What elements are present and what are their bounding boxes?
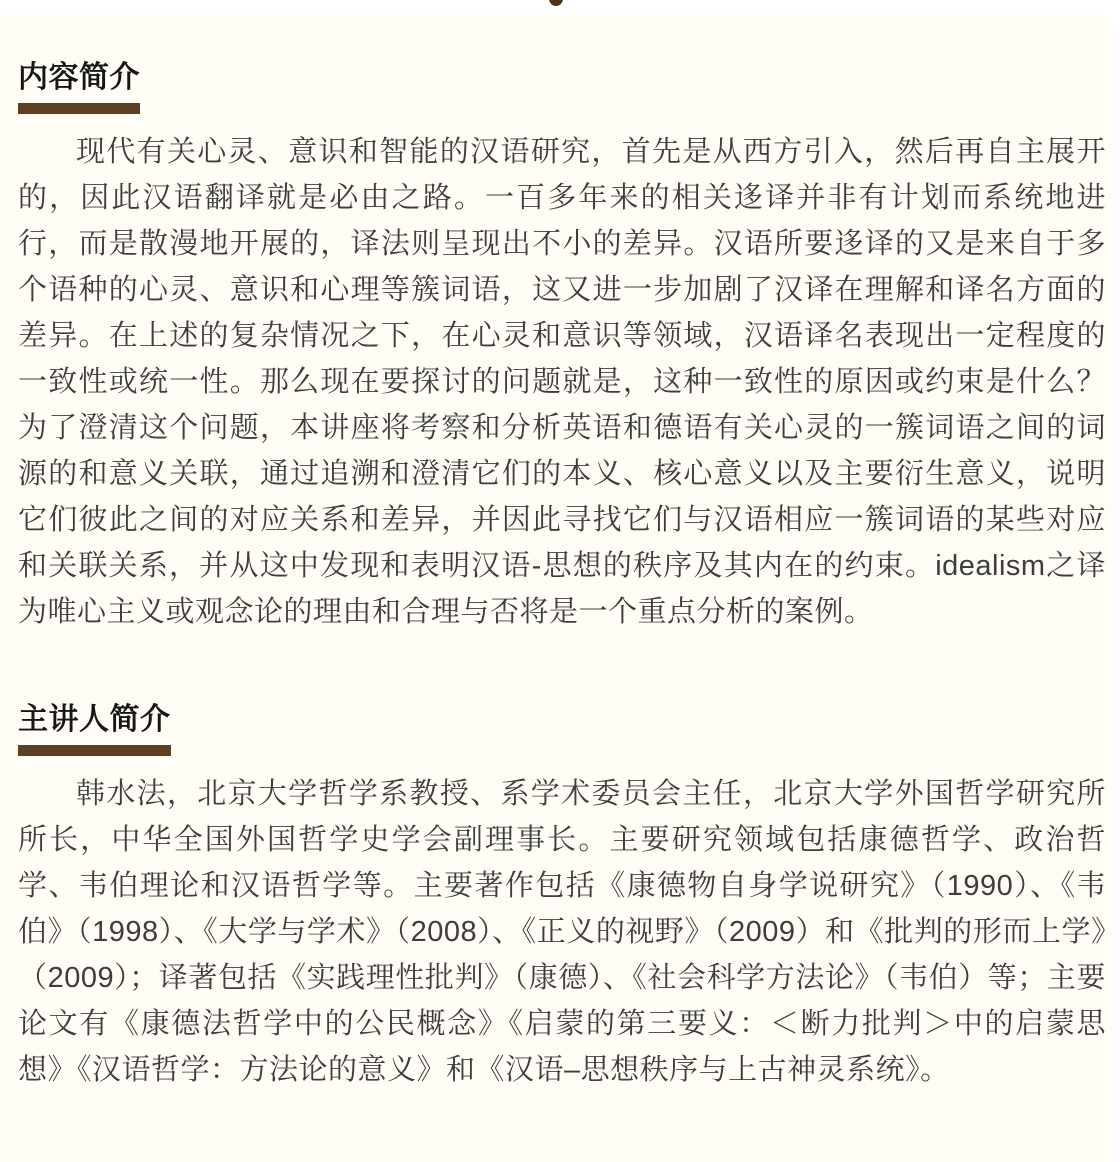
- content-panel: 内容简介 现代有关心灵、意识和智能的汉语研究，首先是从西方引入，然后再自主展开的…: [0, 15, 1113, 1162]
- content-intro-heading-wrap: 内容简介: [18, 63, 140, 114]
- section-speaker-intro: 主讲人简介 韩水法，北京大学哲学系教授、系学术委员会主任，北京大学外国哲学研究所…: [18, 705, 1106, 1093]
- speaker-intro-heading-wrap: 主讲人简介: [18, 705, 171, 756]
- content-intro-underline-bar: [18, 103, 140, 114]
- section-content-intro: 内容简介 现代有关心灵、意识和智能的汉语研究，首先是从西方引入，然后再自主展开的…: [18, 63, 1106, 635]
- speaker-intro-title: 主讲人简介: [18, 705, 171, 735]
- content-intro-title: 内容简介: [18, 63, 140, 93]
- content-intro-paragraph: 现代有关心灵、意识和智能的汉语研究，首先是从西方引入，然后再自主展开的，因此汉语…: [18, 129, 1106, 635]
- article-page: 内容简介 现代有关心灵、意识和智能的汉语研究，首先是从西方引入，然后再自主展开的…: [0, 0, 1120, 1162]
- top-decoration-dot: [549, 0, 563, 6]
- speaker-intro-paragraph: 韩水法，北京大学哲学系教授、系学术委员会主任，北京大学外国哲学研究所所长，中华全…: [18, 771, 1106, 1093]
- speaker-intro-underline-bar: [18, 745, 171, 756]
